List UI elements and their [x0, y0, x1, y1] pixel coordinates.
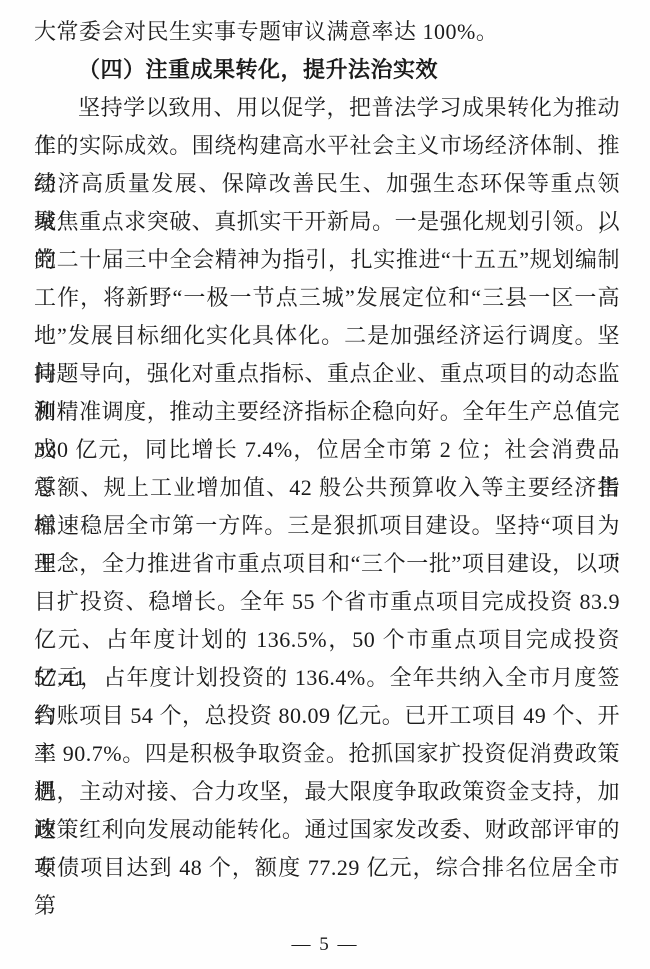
text-line: 问题导向，强化对重点指标、重点企业、重点项目的动态监测	[34, 355, 620, 393]
text-line: 目扩投资、稳增长。全年 55 个省市重点项目完成投资 83.9	[34, 583, 620, 621]
text-line: 聚焦重点求突破、真抓实干开新局。一是强化规划引领。以党	[34, 203, 620, 241]
text-line: 和精准调度，推动主要经济指标企稳向好。全年生产总值完成	[34, 393, 620, 431]
text-line: 工作，将新野“一极一节点三城”发展定位和“三县一区一高	[34, 279, 620, 317]
document-body: 大常委会对民生实事专题审议满意率达 100%。 （四）注重成果转化，提升法治实效…	[34, 13, 620, 887]
text-line: 经济高质量发展、保障改善民生、加强生态环保等重点领域，	[34, 165, 620, 203]
text-line: 的二十届三中全会精神为指引，扎实推进“十五五”规划编制	[34, 241, 620, 279]
document-page: 大常委会对民生实事专题审议满意率达 100%。 （四）注重成果转化，提升法治实效…	[0, 0, 650, 969]
text-line: 政策红利向发展动能转化。通过国家发改委、财政部评审的专	[34, 811, 620, 849]
text-line: 坚持学以致用、用以促学，把普法学习成果转化为推动工	[34, 89, 620, 127]
text-line: 增速稳居全市第一方阵。三是狠抓项目建设。坚持“项目为王”	[34, 507, 620, 545]
page-number: — 5 —	[0, 926, 650, 964]
text-line: 大常委会对民生实事专题审议满意率达 100%。	[34, 13, 620, 51]
section-heading: （四）注重成果转化，提升法治实效	[34, 51, 620, 89]
text-line: 亿元，占年度计划投资的 136.4%。全年共纳入全市月度签约	[34, 659, 620, 697]
text-line: 理念，全力推进省市重点项目和“三个一批”项目建设，以项	[34, 545, 620, 583]
text-line: 330 亿元，同比增长 7.4%，位居全市第 2 位；社会消费品零售	[34, 431, 620, 469]
text-line: 项债项目达到 48 个，额度 77.29 亿元，综合排名位居全市第	[34, 849, 620, 887]
text-line: 亿元、占年度计划的 136.5%，50 个市重点项目完成投资 57.41	[34, 621, 620, 659]
text-line: 台账项目 54 个，总投资 80.09 亿元。已开工项目 49 个、开工	[34, 697, 620, 735]
text-line: 总额、规上工业增加值、42 般公共预算收入等主要经济指标	[34, 469, 620, 507]
text-line: 作的实际成效。围绕构建高水平社会主义市场经济体制、推动	[34, 127, 620, 165]
text-line: 率 90.7%。四是积极争取资金。抢抓国家扩投资促消费政策机	[34, 735, 620, 773]
text-line: 地”发展目标细化实化具体化。二是加强经济运行调度。坚持	[34, 317, 620, 355]
text-line: 遇，主动对接、合力攻坚，最大限度争取政策资金支持，加速	[34, 773, 620, 811]
